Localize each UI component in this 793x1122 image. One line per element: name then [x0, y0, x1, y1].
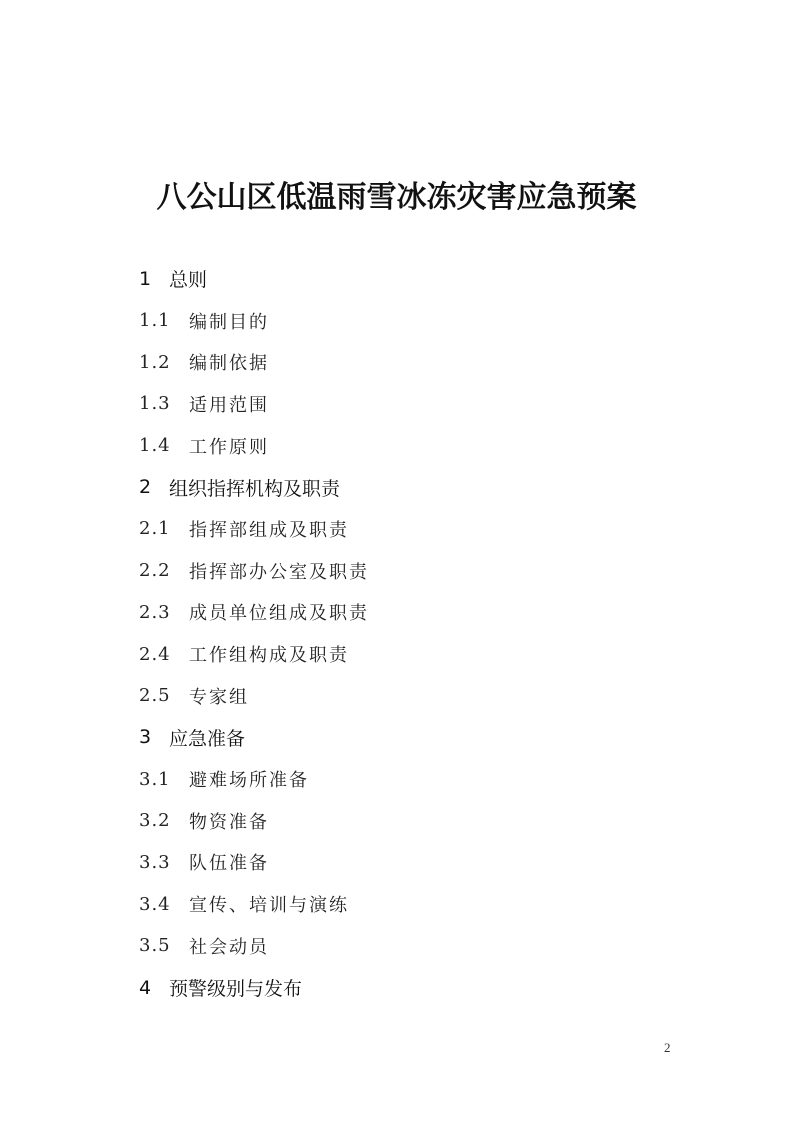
toc-subsection: 1.3适用范围	[139, 383, 369, 425]
toc-subsection: 2.2指挥部办公室及职责	[139, 550, 369, 592]
toc-text: 指挥部组成及职责	[189, 516, 349, 542]
toc-subsection: 2.4工作组构成及职责	[139, 633, 369, 675]
toc-number: 1.1	[139, 310, 189, 331]
toc-text: 应急准备	[169, 724, 245, 751]
toc-number: 2.5	[139, 685, 189, 706]
toc-text: 成员单位组成及职责	[189, 599, 369, 625]
toc-text: 工作原则	[189, 433, 269, 459]
toc-section: 1总则	[139, 258, 369, 300]
toc-number: 2.3	[139, 602, 189, 623]
toc-subsection: 3.4宣传、培训与演练	[139, 883, 369, 925]
toc-text: 队伍准备	[189, 849, 269, 875]
toc-number: 1.4	[139, 435, 189, 456]
toc-subsection: 3.2物资准备	[139, 800, 369, 842]
toc-number: 2.2	[139, 560, 189, 581]
table-of-contents: 1总则 1.1编制目的 1.2编制依据 1.3适用范围 1.4工作原则 2组织指…	[139, 258, 369, 1008]
toc-text: 指挥部办公室及职责	[189, 558, 369, 584]
toc-text: 预警级别与发布	[169, 974, 302, 1001]
toc-text: 总则	[169, 265, 207, 292]
toc-subsection: 2.1指挥部组成及职责	[139, 508, 369, 550]
toc-text: 社会动员	[189, 933, 269, 959]
toc-section: 4预警级别与发布	[139, 967, 369, 1009]
toc-number: 1.2	[139, 352, 189, 373]
toc-subsection: 3.1避难场所准备	[139, 758, 369, 800]
toc-subsection: 2.5专家组	[139, 675, 369, 717]
toc-number: 2.1	[139, 518, 189, 539]
toc-subsection: 2.3成员单位组成及职责	[139, 592, 369, 634]
toc-subsection: 3.5社会动员	[139, 925, 369, 967]
toc-section: 3应急准备	[139, 717, 369, 759]
toc-subsection: 1.2编制依据	[139, 341, 369, 383]
toc-section: 2组织指挥机构及职责	[139, 466, 369, 508]
toc-number: 1.3	[139, 393, 189, 414]
toc-text: 适用范围	[189, 391, 269, 417]
toc-text: 专家组	[189, 683, 249, 709]
toc-subsection: 1.4工作原则	[139, 425, 369, 467]
toc-text: 编制目的	[189, 308, 269, 334]
toc-number: 3	[139, 726, 169, 748]
toc-text: 组织指挥机构及职责	[169, 474, 340, 501]
toc-text: 物资准备	[189, 808, 269, 834]
toc-number: 2.4	[139, 644, 189, 665]
toc-text: 编制依据	[189, 349, 269, 375]
toc-subsection: 1.1编制目的	[139, 300, 369, 342]
page-number: 2	[664, 1040, 671, 1056]
toc-text: 工作组构成及职责	[189, 641, 349, 667]
toc-number: 2	[139, 476, 169, 498]
toc-text: 避难场所准备	[189, 766, 309, 792]
toc-number: 3.2	[139, 810, 189, 831]
toc-number: 1	[139, 268, 169, 290]
toc-subsection: 3.3队伍准备	[139, 842, 369, 884]
toc-number: 4	[139, 977, 169, 999]
toc-number: 3.3	[139, 852, 189, 873]
document-title: 八公山区低温雨雪冰冻灾害应急预案	[0, 172, 793, 216]
toc-text: 宣传、培训与演练	[189, 891, 349, 917]
toc-number: 3.4	[139, 894, 189, 915]
toc-number: 3.1	[139, 769, 189, 790]
toc-number: 3.5	[139, 935, 189, 956]
